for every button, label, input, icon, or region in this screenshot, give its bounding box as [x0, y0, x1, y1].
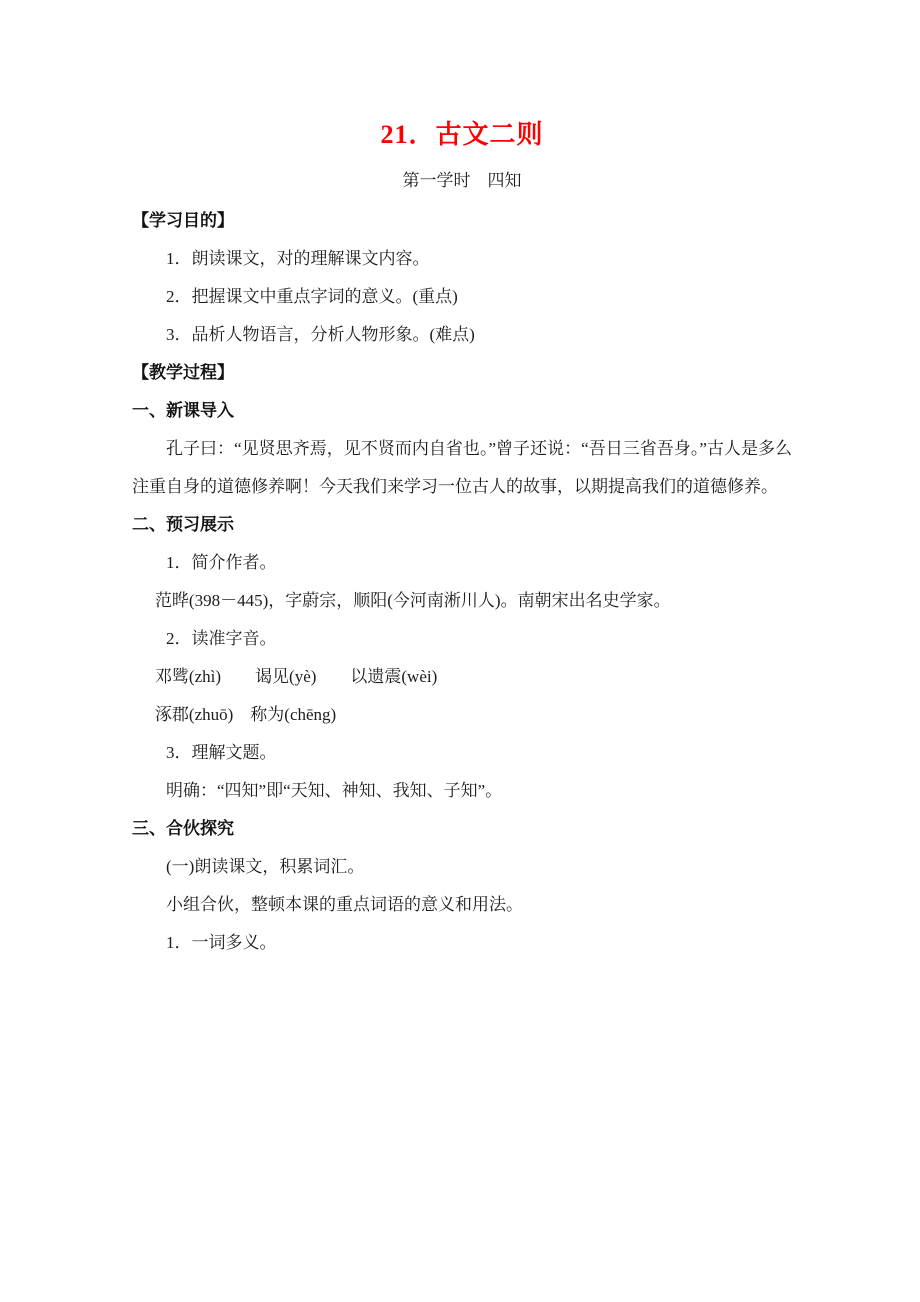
intro-paragraph: 孔子曰：“见贤思齐焉，见不贤而内自省也。”曾子还说：“吾日三省吾身。”古人是多么… [132, 430, 792, 506]
item-author-intro: 1．简介作者。 [132, 544, 792, 582]
pinyin-line-1: 邓骘(zhì) 谒见(yè) 以遗震(wèi) [132, 658, 792, 696]
subitem-read-accumulate: (一)朗读课文，积累词汇。 [132, 848, 792, 886]
pinyin-line-2: 涿郡(zhuō) 称为(chēng) [132, 696, 792, 734]
document-page: 21．古文二则 第一学时 四知 【学习目的】 1．朗读课文，对的理解课文内容。 … [0, 0, 920, 1302]
lesson-subtitle: 第一学时 四知 [132, 160, 792, 202]
goal-item-1: 1．朗读课文，对的理解课文内容。 [132, 240, 792, 278]
goal-item-3: 3．品析人物语言，分析人物形象。(难点) [132, 316, 792, 354]
heading-new-lesson-intro: 一、新课导入 [132, 392, 792, 430]
group-task: 小组合伙，整顿本课的重点词语的意义和用法。 [132, 886, 792, 924]
heading-teaching-process: 【教学过程】 [132, 354, 792, 392]
heading-cooperative-inquiry: 三、合伙探究 [132, 810, 792, 848]
document-title: 21．古文二则 [132, 110, 792, 160]
heading-study-aims: 【学习目的】 [132, 202, 792, 240]
title-explanation: 明确：“四知”即“天知、神知、我知、子知”。 [132, 772, 792, 810]
author-info: 范晔(398－445)，字蔚宗，顺阳(今河南淅川人)。南朝宋出名史学家。 [132, 582, 792, 620]
item-polysemy: 1．一词多义。 [132, 924, 792, 962]
goal-item-2: 2．把握课文中重点字词的意义。(重点) [132, 278, 792, 316]
heading-preview-display: 二、预习展示 [132, 506, 792, 544]
item-understand-title: 3．理解文题。 [132, 734, 792, 772]
item-pronunciation: 2．读准字音。 [132, 620, 792, 658]
